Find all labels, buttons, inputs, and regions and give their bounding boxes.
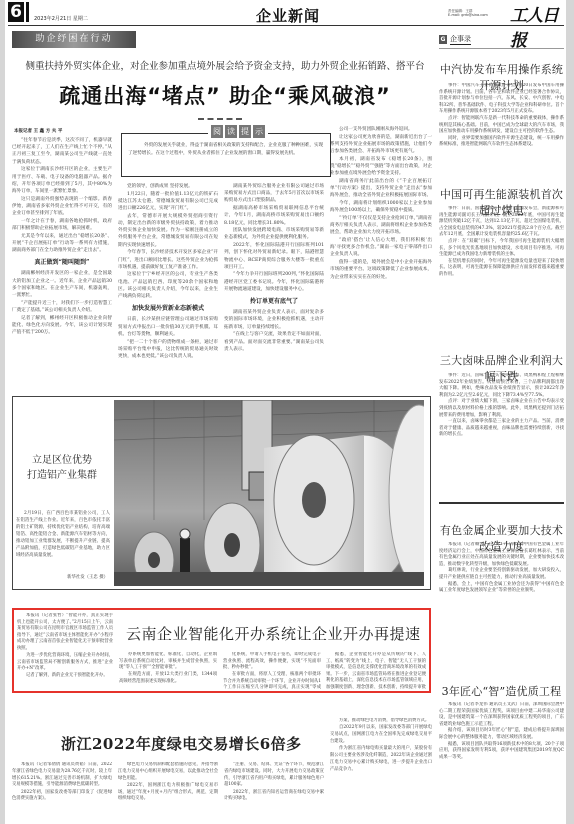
paragraph: 作为浙江省内绿电购买量最大的用户，某股份有限公司主要业务涉及化纤制造，2022年… <box>330 746 432 773</box>
main-story-column-1: “往年春节后是淡季，这次不同了，机器早就已经开起来了，工人们在生产线上忙个不停。… <box>12 137 112 392</box>
paragraph: “在线上与客户交流，效果肯定不如面对面，看到产品。面对面交流非常重要。”湖南某公… <box>224 331 324 353</box>
zhejiang-story-column-4: 方案，推动绿色电力消费，倡导绿色消费方式。 自2022年9月以来，国家发改委等部… <box>330 718 432 824</box>
paragraph: 让这家公司更为欣喜的是，湖南新近出台了一系列支持外贸企业拓展市场的政策措施，让他… <box>330 134 432 156</box>
tip-char: 提 <box>239 125 251 138</box>
paragraph: 2022年，浙江省内知名运营商在绿电交易中累计购买绿电。 <box>224 790 324 804</box>
paragraph: 为进一步优化营商环境，压缩企业开办时间，云南省市场监管局不断创新服务方式，推进“… <box>17 653 113 673</box>
caption-title-line: 打造铝产业集群 <box>12 468 112 483</box>
paragraph: 湖南某外贸综合服务企业有限公司通过市场采购贸易方式出口商品，于去年5月首次以市场… <box>224 183 324 205</box>
paragraph: 同时，业界需要加强国内软件开源生态建设，统一车用操作系统标准，推进智能网联汽车软… <box>439 136 564 149</box>
headline-divider <box>198 118 242 120</box>
subheading: 真正做到“随叫随到” <box>12 259 112 266</box>
editor-info: 责任编辑：王群 E-mail: grrb@sina.com <box>448 9 488 17</box>
paragraph: 葛红林说，行业企业要坚持创新驱动发展，加大研发投入，提升产业链供应链自主可控能力… <box>439 568 564 581</box>
reading-tip-title: 阅 读 提 示 <box>208 125 268 138</box>
paragraph: 党的领导，创新成果 坚持发展。 <box>118 183 218 190</box>
paragraph: 1月22日，随着一批价值1.13亿元的铁矿石抵达江苏太仓港，常德城发贸易有限公司… <box>118 191 218 213</box>
paragraph: 一直以来，卤味零食都是三家企业的主力产品。当前，消费者对于健康、品质越来越重视，… <box>439 419 564 439</box>
page-left-margin <box>0 0 5 824</box>
paragraph: 日前，长沙某供应链管理公司通过市场采购贸易方式申报出口一批价值30万元的手机膜、… <box>118 316 218 338</box>
masthead: 6 2023年2月21日 星期二 企业新闻 责任编辑：王群 E-mail: gr… <box>8 0 564 26</box>
paragraph: 本报讯（记者李龙伟 通讯员王文武）日前，深圳国际会展中心二期工程荣获国家优质工程… <box>439 702 564 728</box>
aluminum-coil-photo[interactable] <box>114 400 424 586</box>
right-section-tag: G 企事录 <box>439 34 471 45</box>
paragraph: 团队加快发展跨境电商、市场采购贸易等新业态新模式，为外贸企业提供便利化服务。 <box>224 227 324 241</box>
paragraph: 据介绍，该项目历时3年匠心“智”造，建成后将提升深圳国际会展中心的整体服务能力，… <box>439 728 564 741</box>
zhejiang-story-headline[interactable]: 浙江2022年度绿电交易增长6倍多 <box>61 733 302 754</box>
yunnan-story-headline[interactable]: 云南企业智能化开办系统让企业开办再提速 <box>126 623 421 644</box>
paragraph: “把一二十个客户的货物组成一条柜，通过市场采购平台集中申报，这比传统的贸易通关时… <box>118 339 218 361</box>
paragraph: 事件：日前，国家能源局召开例行新闻发布会，新能源和可再生能源司副司长王大鹏介绍，… <box>439 206 564 239</box>
tip-char: 读 <box>225 125 237 138</box>
newspaper-logo: 工人日报 <box>510 1 564 51</box>
brief-body: 事件：中国汽车工业协会软件分会2月20日发布中国车用操作系统开源计划。目前，各车… <box>439 83 564 181</box>
paragraph: 记者了解到，郴州经开区积极推动企业向智能化、绿色化方向发展。今年，该公司计划实现… <box>12 315 112 337</box>
paragraph: 值得一提的是，境外展会是中小企业开拓海外市场的重要平台。这项政策降低了企业参展成… <box>330 259 432 281</box>
paragraph: 办系统更加智能化、标准化、自动化，企业填写表单后系统自动比对、审核并生成营业执照… <box>119 652 217 672</box>
paragraph: 事件：中国汽车工业协会软件分会2月20日发布中国车用操作系统开源计划。目前，各车… <box>439 83 564 116</box>
paragraph: 2022年初，国家发改委等部门印发了《促进绿色消费实施方案》。 <box>12 790 112 804</box>
editor-email: E-mail: grrb@sina.com <box>448 13 488 17</box>
paragraph: 本报讯（记者邹倩倩 通讯员黄韬）日前，2022年浙江省绿色电力交易量为28.76… <box>12 762 112 789</box>
paragraph: 绿色电力交易机制和配套措施的意见，并指导浙江电力交易中心组织开展绿电交易，以此推… <box>118 762 218 782</box>
paragraph: 去年，常德市开展大规模外贸招商引资行动，制定出台新的市级外贸扶持政策，着力推动外… <box>118 213 218 249</box>
photo-credit: 新华社发（王忠 摄） <box>67 574 108 580</box>
paragraph: 点评：对于业绩大幅下滑，三家卤味企业在公告中均表示受到疫情以及原材料价格上涨的影… <box>439 399 564 419</box>
paragraph: 这家位于宁乡经开区的公司，专业生产各类电池、产品远销巴西、印度等20余个国家和地… <box>118 271 218 300</box>
photo-caption: 立足区位优势 打造铝产业集群 2月19日，在广西百色市某铝业公司，工人在铝箔生产… <box>12 398 112 588</box>
paragraph: 2022年，怀化国际陆港开行国际班列101列，创下怀化对外贸易新纪录。眼下，陆港… <box>224 242 324 271</box>
main-story-column-3: 湖南某外贸综合服务企业有限公司通过市场采购贸易方式出口商品，于去年5月首次以市场… <box>224 183 324 392</box>
paragraph: 这只是湖南外贸强势表现的一个缩影。新春伊始，湖南省多家外贸企业忙得不可开交，有的… <box>12 196 112 218</box>
paragraph: 据悉，企业智能化开办是从传统的“线下、人工、纸质”转变为“线上、电子、智能”无人… <box>326 652 426 691</box>
paragraph: 化系统，申请人手机电子签名，即时完成电子营业执照、流程高效，操作便捷，实现“不见… <box>223 652 321 672</box>
paragraph: 自2022年9月以来，国家发改委等部门开展绿电交易试点，国网浙江电力在全国率先完… <box>330 725 432 745</box>
paragraph: “产能提升近三十，对我们下一步打造智慧工厂奠定了基础。”该公司相关负责人介绍。 <box>12 300 112 314</box>
paragraph: 一年之计在于春，湖南各地抢抓时机，政府部门积极帮助企业拓展市场，解决困难。 <box>12 218 112 232</box>
page-scrollbar-track[interactable] <box>566 0 574 824</box>
paragraph: 尤其是今年以来，通过出台“稳增长20条”、开展“千企百展拓订单”行动等一系列有力… <box>12 233 112 255</box>
page-number: 6 <box>8 2 24 22</box>
paragraph: 据湖南高桥市场采购贸易联网信息平台统计，今年1月，湖南高桥市场采购贸易出口额约8… <box>224 205 324 227</box>
reading-tip-box: 阅 读 提 示 外贸的发展关乎就业，得益于湖南省相关政策的支持和配合，企业克服了… <box>121 133 331 177</box>
paragraph: “‘拎订单’不仅仅是支持企业抢回订单，”湖南省商务厅相关负责人表示，湖南将组织企… <box>330 215 432 237</box>
main-story-headline[interactable]: 疏通出海“堵点” 助企“乘风破浪” <box>16 80 434 110</box>
section-tag-icon: G <box>439 35 447 44</box>
paragraph: 在装机增长的同时，今年可再生能源发电量也迎来了较快增长。这表明，可再生能源在保障… <box>439 259 564 279</box>
main-story-kicker[interactable]: 侧重扶持外贸实体企业，对企业参加重点境外展会给予资金支持，助力外贸企业拓销路、搭… <box>16 58 434 72</box>
paragraph: 今年，湖南将计划组织1000家以上企业参加海外展会100场以上，确保外贸稳中提质… <box>330 200 432 214</box>
paragraph: 本报讯（记者张哲）“智能开办，真正实现手机上也能开公司，太方便了。”2月15日上… <box>17 613 113 653</box>
zhejiang-story-column-3: “注册、交易、结算、凭证”各个环节，规范浙江省内绿电市场建设。同时，大力开展电力… <box>224 762 324 824</box>
section-title: 企业新闻 <box>256 5 320 26</box>
page-number-bar <box>26 2 29 22</box>
paragraph: 湖南省商务厅此前出台的《“千企百展拓订单”行动方案》提出，支持外贸企业“走出去”… <box>330 178 432 200</box>
brief-headline[interactable]: 3年匠心“智”造优质工程 <box>439 683 564 699</box>
paragraph: 在审批方面，将原人工受理、核准两个审批环节合并为系统自动审批一个环节，企业开办时… <box>223 672 321 691</box>
main-story-column-2: 党的领导，创新成果 坚持发展。 1月22日，随着一批价值1.13亿元的铁矿石抵达… <box>118 183 218 392</box>
photo-caption-text: 2月19日，在广西百色市某铝业公司，工人在铝箔生产线上作业。近年来，百色市依托丰… <box>16 510 110 559</box>
zhejiang-story-column-2: 绿色电力交易机制和配套措施的意见，并指导浙江电力交易中心组织开展绿电交易，以此推… <box>118 762 218 824</box>
column-banner: 助企纾困在行动 <box>12 31 136 48</box>
brief-body: 事件：日前，国家能源局召开例行新闻发布会，新能源和可再生能源司副司长王大鹏介绍，… <box>439 206 564 341</box>
paragraph: 湖南省某外贸企业负责人表示，面对复杂多变的国际市场环境，企业积极抢抓机遇，主动开… <box>224 309 324 331</box>
paragraph: 据悉，会上，中国有色金属工业协会还为获得“中国有色金属工业年度绿色发展领军企业”… <box>439 582 564 595</box>
paragraph: 记者了解到，新的企业无干预智能化开办。 <box>17 673 113 680</box>
paragraph: “注册、交易、结算、凭证”各个环节，规范浙江省内绿电市场建设。同时，大力开展电力… <box>224 762 324 789</box>
brief-body: 本报讯（记者李龙伟 通讯员王文武）日前，深圳国际会展中心二期工程荣获国家优质工程… <box>439 702 564 822</box>
paragraph: “政府‘搭台’让人信心大增，我们将积极‘出海’寻找更多合作机会。”湖南一家电子零… <box>330 237 432 259</box>
paragraph: 本报讯（记者赖笑）在2月17日举行的中国有色金属工业年度经济运行会上，中国有色金… <box>439 542 564 568</box>
brief-body: 本报讯（记者赖笑）在2月17日举行的中国有色金属工业年度经济运行会上，中国有色金… <box>439 542 564 670</box>
yunnan-story-column-1: 本报讯（记者张哲）“智能开办，真正实现手机上也能开公司，太方便了。”2月15日上… <box>17 613 113 691</box>
section-tag-label: 企事录 <box>450 34 471 45</box>
yunnan-story-column-3: 化系统，申请人手机电子签名，即时完成电子营业执照、流程高效，操作便捷，实现“不见… <box>223 652 321 691</box>
paragraph: “今年力争开行国际班列200列，”怀化国际陆港经开区党工委书记说。今年，怀化国际… <box>224 271 324 293</box>
main-story-byline: 本报记者 王 鑫 方 夫 平 <box>14 128 62 134</box>
paragraph: 点评：在“双碳”目标下，今年我国可再生能源装机大幅增长，多个风电光伏基地项目加快… <box>439 239 564 259</box>
paragraph: 湖南郴州经济开发区的一家企业，是全国最大的铝加工企业之一。近年来，企业产品远销3… <box>12 270 112 299</box>
paragraph: 这家位于湖南长沙经开区的企业，主要生产用于医疗、车载、电子设备的电阻器产品。据介… <box>12 166 112 195</box>
paragraph: 事件：近日，卤味“三巨头”绝味食品、周黑鸭和煌上煌相继发布2022年业绩预告。从… <box>439 373 564 399</box>
divider <box>439 48 564 49</box>
tip-char: 阅 <box>211 125 223 138</box>
zhejiang-story-column-1: 本报讯（记者邹倩倩 通讯员黄韬）日前，2022年浙江省绿色电力交易量为28.76… <box>12 762 112 824</box>
paragraph: 点评：智能网联汽车是新一代科技革命的重要载体，操作系统则是其核心基础。目前，中国… <box>439 116 564 136</box>
paragraph: 据悉，该项目团队共取得16项新技术中的8大项、20个子项应用，获得国家发明专利5… <box>439 742 564 762</box>
photo-caption-title[interactable]: 立足区位优势 打造铝产业集群 <box>12 453 112 483</box>
subheading: 加快发展外贸新业态新模式 <box>118 305 218 312</box>
paragraph: 2022年，国网浙江电力积极推广绿电交易市场，通过“年度+月度+月内”组合形式，… <box>118 783 218 803</box>
paragraph: 今年春节，长沙经济技术开发区多家企业“开门红”，进出口额同比增长。这些外贸企业为… <box>118 249 218 271</box>
main-story-column-4: 公司一支外贸团队刚刚从海外返回。 让这家公司更为欣喜的是，湖南新近出台了一系列支… <box>330 126 432 392</box>
caption-title-line: 立足区位优势 <box>12 453 112 468</box>
tip-char: 示 <box>253 125 265 138</box>
paragraph: “往年春节后是淡季，这次不同了，机器早就已经开起来了，工人们在生产线上忙个不停。… <box>12 137 112 166</box>
paragraph: 方案，推动绿色电力消费，倡导绿色消费方式。 <box>330 718 432 725</box>
reading-tip-text: 外贸的发展关乎就业，得益于湖南省相关政策的支持和配合，企业克服了种种困难，实现了… <box>128 142 324 158</box>
section-divider <box>439 502 564 504</box>
issue-date: 2023年2月21日 星期二 <box>34 15 88 22</box>
brief-body: 事件：近日，卤味“三巨头”绝味食品、周黑鸭和煌上煌相继发布2022年业绩预告。从… <box>439 373 564 491</box>
photo-image-icon <box>114 400 424 586</box>
paragraph: 本月初，湖南省发布《稳增长20条》，围绕“稳增长”“稳外贸”“强链”等方面出台政… <box>330 156 432 178</box>
newspaper-page: 6 2023年2月21日 星期二 企业新闻 责任编辑：王群 E-mail: gr… <box>8 0 564 824</box>
subheading: 拎订单更有底气了 <box>224 298 324 305</box>
yunnan-story-column-2: 办系统更加智能化、标准化、自动化，企业填写表单后系统自动比对、审核并生成营业执照… <box>119 652 217 691</box>
paragraph: 在规范方面，开放12大类行业门类，1344项高频经营范围表述实现标准化。 <box>119 672 217 685</box>
paragraph: 公司一支外贸团队刚刚从海外返回。 <box>330 126 432 133</box>
yunnan-story-column-4: 据悉，企业智能化开办是从传统的“线下、人工、纸质”转变为“线上、电子、智能”无人… <box>326 652 426 691</box>
